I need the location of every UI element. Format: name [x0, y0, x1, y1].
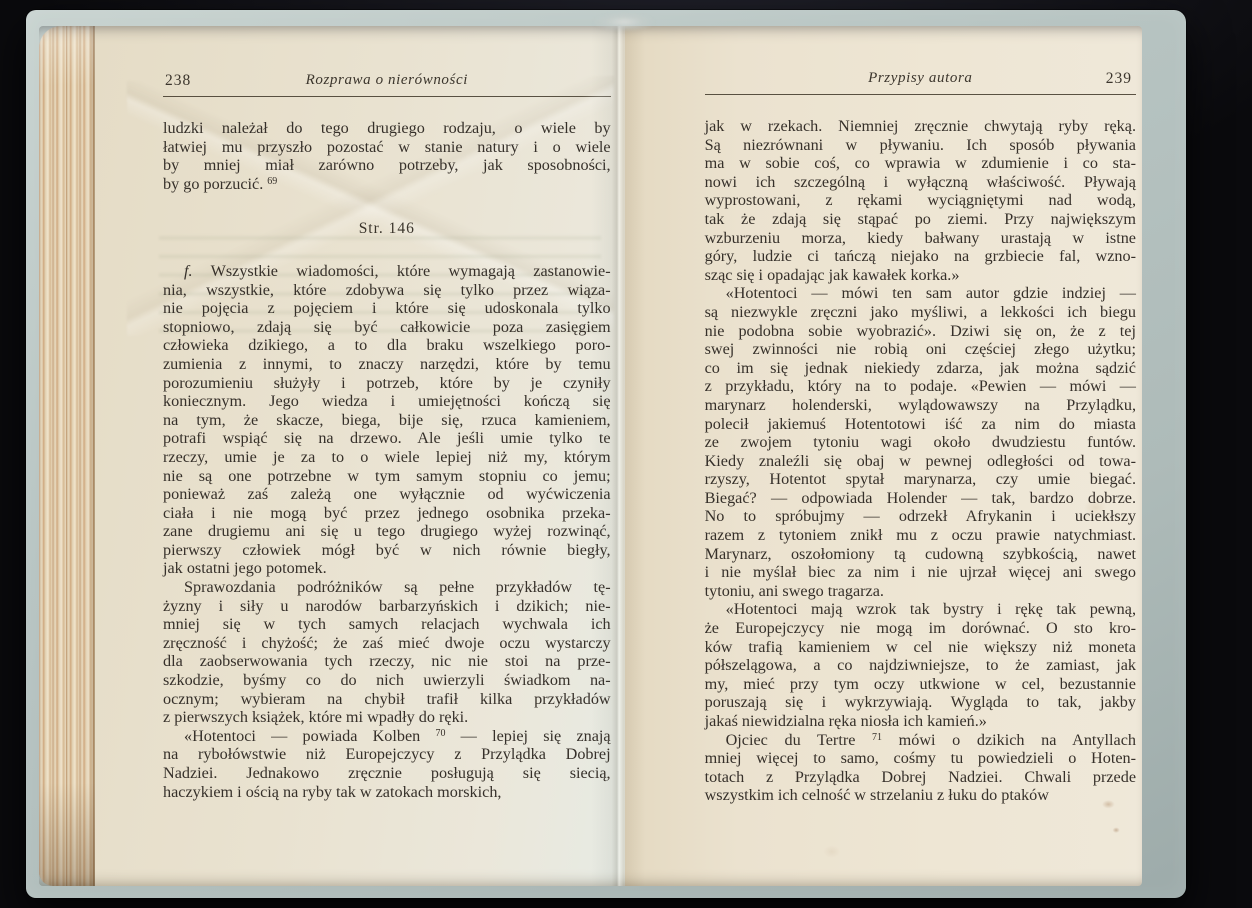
text-line: zręczność i chyżość; że zaś mieć dwoje o… — [163, 634, 611, 653]
text-line: «Hotentoci — powiada Kolben 70 — lepiej … — [163, 727, 611, 746]
page-body: jak w rzekach. Niemniej zręcznie chwytaj… — [705, 117, 1136, 805]
text-line: mniej więcej to samo, cośmy tu powiedzie… — [705, 749, 1136, 768]
page-body: ludzki należał do tego drugiego rodzaju,… — [163, 119, 611, 801]
text-line: swej zwinności nie robią oni częściej zł… — [705, 340, 1136, 359]
text-line: stopniowo, zdają się być całkowicie poza… — [163, 318, 611, 337]
text-line: rzeczy, umie je za to o wiele lepiej niż… — [163, 448, 611, 467]
text-line: marynarz holenderski, wylądowawszy na Pr… — [705, 396, 1136, 415]
text-line: jak ostatni jego potomek. — [163, 559, 611, 578]
text-line: No to spróbujmy — odrzekł Afrykanin i uc… — [705, 507, 1136, 526]
text-line: poruszają się i wykrzywiają. Wygląda to … — [705, 693, 1136, 712]
text-line: ponieważ zaś zależą one wyłącznie od wyć… — [163, 485, 611, 504]
text-line: nie są one potrzebne w tym samym stopniu… — [163, 467, 611, 486]
text-line: ze zwojem tytoniu wagi około dwudziestu … — [705, 433, 1136, 452]
text-line: rzyszy, Hotentot spytał marynarza, czy u… — [705, 470, 1136, 489]
running-title: Przypisy autora — [705, 70, 1136, 87]
text-line: na tym, że skacze, biega, bije się, rzuc… — [163, 411, 611, 430]
text-line: tytoniu, ani swego tragarza. — [705, 582, 1136, 601]
text-line: z przykładu, który na to podaje. «Pewien… — [705, 377, 1136, 396]
text-line: sząc się i opadając jak kawałek korka.» — [705, 266, 1136, 285]
text-line: co im się jednak niekiedy zdarza, jak mo… — [705, 359, 1136, 378]
text-line: nowi ich szczególną i wyłączną właściwoś… — [705, 173, 1136, 192]
paragraph: «Hotentoci — mówi ten sam autor gdzie in… — [705, 284, 1136, 600]
text-line: ludzki należał do tego drugiego rodzaju,… — [163, 119, 611, 138]
text-line: razem z tytoniem znikł mu z oczu prawie … — [705, 526, 1136, 545]
text-line: porozumieniu służyły i potrzeb, które by… — [163, 374, 611, 393]
text-line: wszystkim ich celność w strzelaniu z łuk… — [705, 786, 1136, 805]
book-pages: 238 Rozprawa o nierówności ludzki należa… — [39, 26, 1142, 886]
text-line: jakaś niewidzialna ręka niosła ich kamie… — [705, 712, 1136, 731]
text-line: zumienia z innymi, to znaczy narzędzi, k… — [163, 355, 611, 374]
paragraph: Sprawozdania podróżników są pełne przykł… — [163, 578, 611, 727]
text-line: polecił jakiemuś Hotentotowi iść za nim … — [705, 415, 1136, 434]
photo-background: { "photo": { "description": "Photograph … — [0, 0, 1252, 908]
text-line: tak że zdają się stąpać po ziemi. Przy n… — [705, 210, 1136, 229]
text-line: by go porzucić. 69 — [163, 175, 611, 194]
running-title: Rozprawa o nierówności — [163, 72, 611, 89]
text-line: mniej się w tych samych relacjach wychwa… — [163, 615, 611, 634]
book: 238 Rozprawa o nierówności ludzki należa… — [26, 10, 1186, 898]
page-edge-stack — [39, 26, 95, 886]
text-line: wyprostowani, z rękami wyciągniętymi nad… — [705, 191, 1136, 210]
left-page-header: 238 Rozprawa o nierówności — [163, 72, 611, 97]
text-line: z pierwszych książek, które mi wpadły do… — [163, 708, 611, 727]
text-line: jak w rzekach. Niemniej zręcznie chwytaj… — [705, 117, 1136, 136]
text-line: Nadziei. Jednakowo zręcznie posługują si… — [163, 764, 611, 783]
paragraph: jak w rzekach. Niemniej zręcznie chwytaj… — [705, 117, 1136, 284]
text-line: «Hotentoci — mówi ten sam autor gdzie in… — [705, 284, 1136, 303]
text-line: nie pojęcia z pojęciem i które się udosk… — [163, 299, 611, 318]
text-line: żyzny i siły u narodów barbarzyńskich i … — [163, 597, 611, 616]
text-line: ków trafią kamieniem w cel nie większy n… — [705, 638, 1136, 657]
text-line: Są niezrównani w pływaniu. Ich sposób pł… — [705, 136, 1136, 155]
left-page: 238 Rozprawa o nierówności ludzki należa… — [95, 26, 625, 886]
text-line: «Hotentoci mają wzrok tak bystry i rękę … — [705, 600, 1136, 619]
text-line: potrafi wspiąć się na drzewo. Ale jeśli … — [163, 429, 611, 448]
text-line: dla zaobserwowania tych rzeczy, nic nie … — [163, 652, 611, 671]
text-line: haczykiem i ością na ryby tak w zatokach… — [163, 783, 611, 802]
paragraph: Ojciec du Tertre 71 mówi o dzikich na An… — [705, 731, 1136, 805]
text-line: wzburzeniu morza, kiedy bałwany urastają… — [705, 229, 1136, 248]
paragraph: f. Wszystkie wiadomości, które wymagają … — [163, 262, 611, 578]
text-line: ocznym; wybieram na chybił trafił kilka … — [163, 690, 611, 709]
text-line: łatwiej mu przyszło pozostać w stanie na… — [163, 138, 611, 157]
text-line: by mniej miał zarówno potrzeby, jak spos… — [163, 156, 611, 175]
page-number: 239 — [1106, 70, 1132, 88]
text-line: ma w sobie coś, co wprawia w zdumienie i… — [705, 154, 1136, 173]
right-page: Przypisy autora 239 jak w rzekach. Niemn… — [625, 26, 1142, 886]
text-line: Sprawozdania podróżników są pełne przykł… — [163, 578, 611, 597]
text-line: nia, wszystkie, które zdobywa się tylko … — [163, 281, 611, 300]
paragraph: ludzki należał do tego drugiego rodzaju,… — [163, 119, 611, 193]
text-line: góry, ludzie ci tańczą niejako na grzbie… — [705, 247, 1136, 266]
headband-tuft — [592, 12, 656, 32]
text-line: Marynarz, oszołomiony tą cudowną szybkoś… — [705, 545, 1136, 564]
right-page-header: Przypisy autora 239 — [705, 70, 1136, 95]
text-line: totach z Przylądka Dobrej Nadziei. Chwal… — [705, 768, 1136, 787]
text-line: Kiedy znaleźli się obaj w pewnej odległo… — [705, 452, 1136, 471]
text-line: Ojciec du Tertre 71 mówi o dzikich na An… — [705, 731, 1136, 750]
text-line: są niezwykle zręczni jako myśliwi, a lek… — [705, 303, 1136, 322]
text-line: Biegać? — odpowiada Holender — tak, bard… — [705, 489, 1136, 508]
text-line: szkodzie, byśmy co do nich uwierzyli świ… — [163, 671, 611, 690]
text-line: pierwszy człowiek mógł być w nich równie… — [163, 541, 611, 560]
text-line: że Europejczycy nie mogą im dorównać. O … — [705, 619, 1136, 638]
text-line: zane drugiemu ani się u tego drugiego wy… — [163, 522, 611, 541]
text-line: i nie myślał biec za nim i nie ujrzał wi… — [705, 563, 1136, 582]
text-line: na rybołówstwie niż Europejczycy z Przyl… — [163, 745, 611, 764]
text-line: my, mieć przy tym oczy utkwione w cel, b… — [705, 675, 1136, 694]
text-line: nie podobna sobie wyobrazić». Dziwi się … — [705, 322, 1136, 341]
paragraph: «Hotentoci — powiada Kolben 70 — lepiej … — [163, 727, 611, 801]
text-line: półszelągowa, a co najdziwniejsze, to że… — [705, 656, 1136, 675]
paragraph: «Hotentoci mają wzrok tak bystry i rękę … — [705, 600, 1136, 730]
text-line: f. Wszystkie wiadomości, które wymagają … — [163, 262, 611, 281]
section-heading: Str. 146 — [163, 220, 611, 239]
text-line: koniecznym. Jego wiedza i umiejętności k… — [163, 392, 611, 411]
text-line: ciała i nie mogą być przez jednego osobn… — [163, 504, 611, 523]
text-line: człowieka dzikiego, a to dla braku wszel… — [163, 336, 611, 355]
